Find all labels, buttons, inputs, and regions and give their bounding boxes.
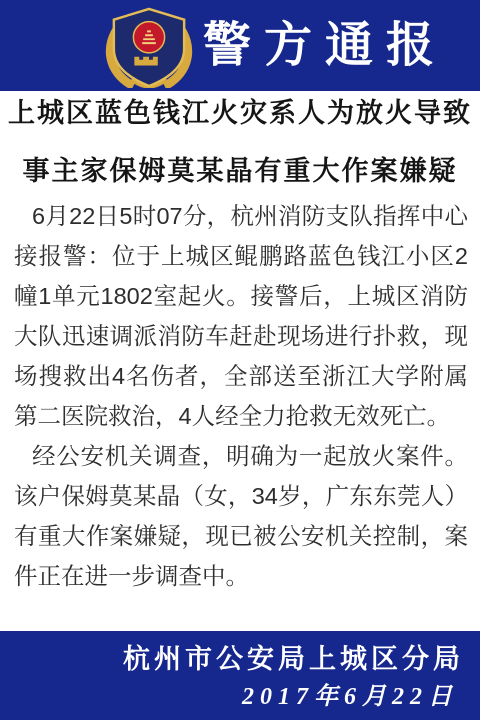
footer-signature: 杭州市公安局上城区分局 2017年6月22日 — [123, 643, 464, 711]
footer-banner: 杭州市公安局上城区分局 2017年6月22日 — [0, 631, 480, 720]
issuer-name: 杭州市公安局上城区分局 — [123, 643, 464, 675]
notice-paragraph-2: 经公安机关调查，明确为一起放火案件。该户保姆莫某晶（女，34岁，广东东莞人）有重… — [14, 436, 468, 596]
headline-line2: 事主家保姆莫某晶有重大作案嫌疑 — [0, 156, 480, 186]
banner-title: 警方通报 — [203, 17, 447, 75]
notice-headline: 上城区蓝色钱江火灾系人为放火导致 事主家保姆莫某晶有重大作案嫌疑 — [0, 98, 480, 186]
notice-body: 6月22日5时07分，杭州消防支队指挥中心接报警：位于上城区鲲鹏路蓝色钱江小区2… — [14, 196, 468, 596]
police-badge-icon — [103, 6, 195, 88]
police-notice-page: 警方通报 上城区蓝色钱江火灾系人为放火导致 事主家保姆莫某晶有重大作案嫌疑 6月… — [0, 0, 480, 720]
headline-line1: 上城区蓝色钱江火灾系人为放火导致 — [0, 98, 480, 128]
header-banner: 警方通报 — [0, 0, 480, 91]
notice-paragraph-1: 6月22日5时07分，杭州消防支队指挥中心接报警：位于上城区鲲鹏路蓝色钱江小区2… — [14, 196, 468, 436]
issue-date: 2017年6月22日 — [123, 683, 458, 711]
